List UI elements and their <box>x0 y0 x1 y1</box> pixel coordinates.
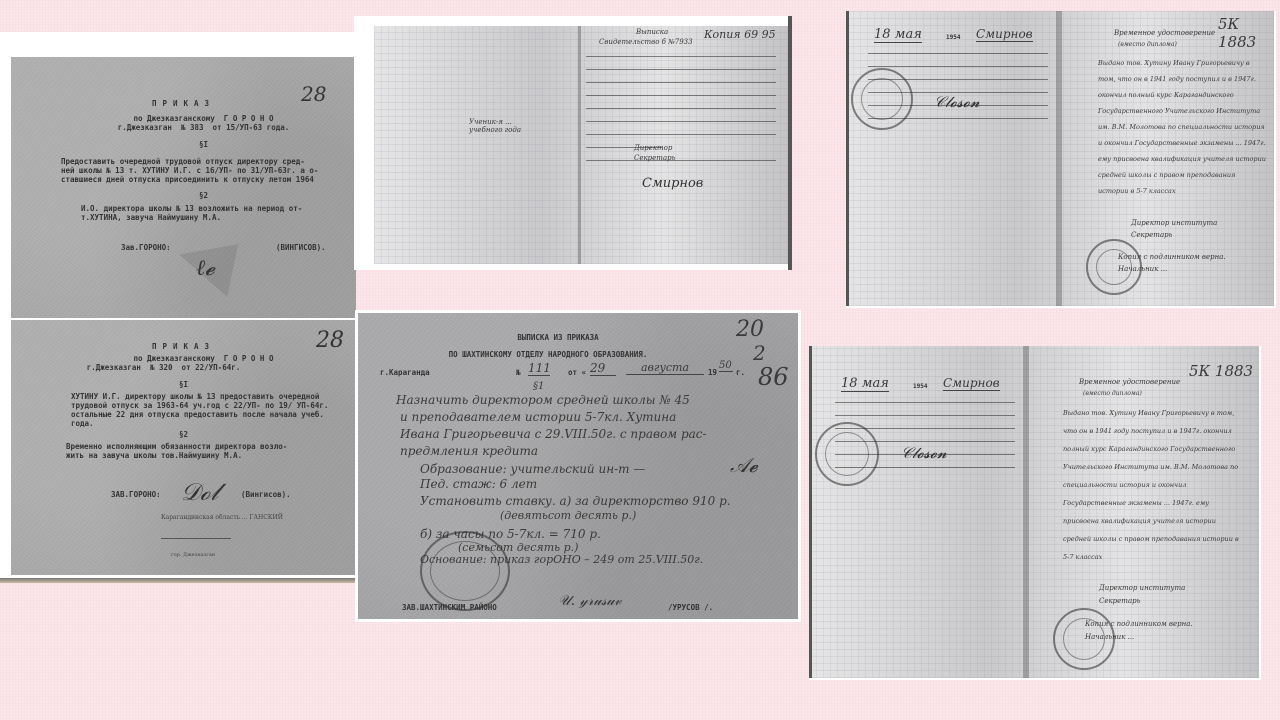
bottom-edge-shadow <box>0 578 356 583</box>
section-1-body: Предоставить очередной трудовой отпуск д… <box>61 157 318 184</box>
round-stamp <box>815 422 879 486</box>
scan-image: ПРИКАЗ по Джезказганскому Г О Р О Н О г.… <box>11 320 356 575</box>
margin-mark: 5К 1883 <box>1218 15 1274 51</box>
right-edge <box>788 16 792 270</box>
doc-title: ВЫПИСКА ИЗ ПРИКАЗА <box>358 333 758 342</box>
doc-number: г.Джезказган № 320 от 22/УП-64г. <box>11 363 316 372</box>
director-line: Директор института <box>1131 219 1217 227</box>
signatory-name: (ВИНГИСОВ). <box>276 243 326 252</box>
section-2: §2 <box>11 430 356 439</box>
certificate-body: Выдано тов. Хутину Ивану Григорьевичу в … <box>1063 404 1243 566</box>
handwritten-signature: Смирнов <box>642 176 703 191</box>
handwritten-line: Пед. стаж: 6 лет <box>420 477 537 491</box>
scan-image: ВЫПИСКА ИЗ ПРИКАЗА ПО ШАХТИНСКОМУ ОТДЕЛУ… <box>358 313 798 619</box>
handwritten-signature: 𝒞𝓁𝓸𝓼𝓸𝓷 <box>934 93 980 111</box>
scan-image: Ученик-я ... учебного года Выписка Свиде… <box>374 26 788 264</box>
document-extract-1950: ВЫПИСКА ИЗ ПРИКАЗА ПО ШАХТИНСКОМУ ОТДЕЛУ… <box>355 310 801 622</box>
margin-mark: 28 <box>316 328 344 353</box>
subheading: (вместо диплома) <box>1118 41 1177 48</box>
signature-name: Смирнов <box>976 27 1033 42</box>
handwritten-line: Назначить директором средней школы № 45 <box>396 393 690 407</box>
date-month: августа <box>626 361 704 375</box>
handwritten-line: и преподавателем истории 5-7кл. Хутина <box>400 410 676 424</box>
heading: Временное удостоверение <box>1114 29 1215 37</box>
doc-issuer: ПО ШАХТИНСКОМУ ОТДЕЛУ НАРОДНОГО ОБРАЗОВА… <box>358 350 738 359</box>
subheading: (вместо диплома) <box>1083 390 1142 397</box>
doc-city: г.Караганда <box>380 368 430 377</box>
margin-mark-3: 86 <box>758 363 789 391</box>
section-1: §I <box>51 140 356 149</box>
stamp-line <box>161 538 231 539</box>
left-spine <box>809 346 812 678</box>
triangle-mark <box>179 244 247 304</box>
margin-mark: 28 <box>301 82 326 106</box>
stamp-footer: гор. Джезказган <box>171 552 215 558</box>
scan-image: 18 мая 1954 Смирнов 𝒞𝓁𝓸𝓼𝓸𝓷 Временное удо… <box>809 346 1259 678</box>
date-day: 29 <box>590 361 616 376</box>
doc-issuer: по Джезказганскому Г О Р О Н О <box>51 114 356 123</box>
signatory-name: /УРУСОВ /. <box>668 603 713 612</box>
handwritten-signature: 𝒰. 𝓎𝓇𝓊𝓈𝓊𝓋 <box>558 593 621 609</box>
handwritten-signature: 𝒟ℴ𝓁 <box>181 478 218 506</box>
handwritten-body <box>586 44 776 168</box>
round-stamp <box>420 531 510 611</box>
secretary-label: Секретарь <box>634 154 675 162</box>
secretary-line: Секретарь <box>1131 231 1172 239</box>
document-temporary-certificate-2: 18 мая 1954 Смирнов 𝒞𝓁𝓸𝓼𝓸𝓷 Временное удо… <box>809 346 1261 680</box>
year-end: г. <box>736 368 745 377</box>
director-label: Директор <box>634 144 672 152</box>
section-1-body: ХУТИНУ И.Г. директору школы № 13 предост… <box>71 392 328 428</box>
year-suffix: 50 <box>719 360 733 372</box>
round-stamp <box>851 68 913 130</box>
page-fold <box>1056 11 1062 306</box>
section-2: §2 <box>51 191 356 200</box>
doc-number: г.Джезказган № 383 от 15/УП-63 года. <box>51 123 356 132</box>
handwritten-line: Установить ставку. а) за директорство 91… <box>420 494 731 508</box>
director-line: Директор института <box>1099 584 1185 592</box>
section-2-body: И.О. директора школы № 13 возложить на п… <box>81 204 302 222</box>
signatory-name: (Вингисов). <box>241 490 291 499</box>
number-label: № <box>516 368 521 377</box>
signature-label: ЗАВ.ШАХТИНСКИМ РАЙОНО <box>402 603 497 612</box>
date-label: от « <box>568 368 586 377</box>
margin-mark: 5К 1883 <box>1189 362 1253 380</box>
certificate-body: Выдано тов. Хутину Ивану Григорьевичу в … <box>1098 55 1266 199</box>
section-2-body: Временно исполняющим обязанности директо… <box>66 442 287 460</box>
margin-mark-1: 20 <box>736 317 764 342</box>
document-order-1964: ПРИКАЗ по Джезказганскому Г О Р О Н О г.… <box>0 318 372 578</box>
handwritten-line: предмления кредита <box>400 444 538 458</box>
order-number: 111 <box>528 361 550 376</box>
left-spine <box>846 11 849 306</box>
handwritten-signature: 𝒞𝓁𝓸𝓼𝓸𝓷 <box>901 444 947 462</box>
document-order-1963: ПРИКАЗ по Джезказганскому Г О Р О Н О г.… <box>0 32 356 320</box>
doc-issuer: по Джезказганскому Г О Р О Н О <box>51 354 356 363</box>
handwritten-line: Ивана Григорьевича с 29.VIII.50г. с прав… <box>400 427 707 441</box>
left-page-note: Ученик-я ... учебного года <box>469 118 539 134</box>
heading: Временное удостоверение <box>1079 378 1180 386</box>
scan-image: ПРИКАЗ по Джезказганскому Г О Р О Н О г.… <box>11 57 356 320</box>
page-fold <box>1023 346 1029 678</box>
secretary-line: Секретарь <box>1099 597 1140 605</box>
copy-note: Копия с подлинником верна. Начальник ... <box>1085 618 1235 644</box>
stamp-text: Карагандинская область ... ГАНСКИЙ <box>161 514 283 521</box>
initials-mark: 𝒜𝓮 <box>730 453 758 477</box>
margin-number: Копия 69 95 <box>704 28 776 41</box>
document-temporary-certificate-1: 18 мая 1954 Смирнов 𝒞𝓁𝓸𝓼𝓸𝓷 Временное удо… <box>846 11 1276 308</box>
document-handwritten-certificate: Ученик-я ... учебного года Выписка Свиде… <box>354 16 792 270</box>
handwritten-line: (девятьсот десять р.) <box>500 509 636 522</box>
signature-label: Зав.ГОРОНО: <box>121 243 171 252</box>
signature-label: ЗАВ.ГОРОНО: <box>111 490 161 499</box>
margin-mark-2: 2 <box>753 341 766 365</box>
signature-name: Смирнов <box>943 376 1000 391</box>
page-fold <box>578 26 581 264</box>
heading: Выписка <box>636 28 668 36</box>
doc-title: ПРИКАЗ <box>11 342 356 351</box>
copy-note: Копия с подлинником верна. Начальник ... <box>1118 251 1258 275</box>
scan-image: 18 мая 1954 Смирнов 𝒞𝓁𝓸𝓼𝓸𝓷 Временное удо… <box>846 11 1274 306</box>
section-1: §I <box>11 380 356 389</box>
section-mark: §1 <box>533 381 544 392</box>
handwritten-line: Образование: учительский ин-т — <box>420 462 645 476</box>
year-prefix: 19 <box>708 368 717 377</box>
